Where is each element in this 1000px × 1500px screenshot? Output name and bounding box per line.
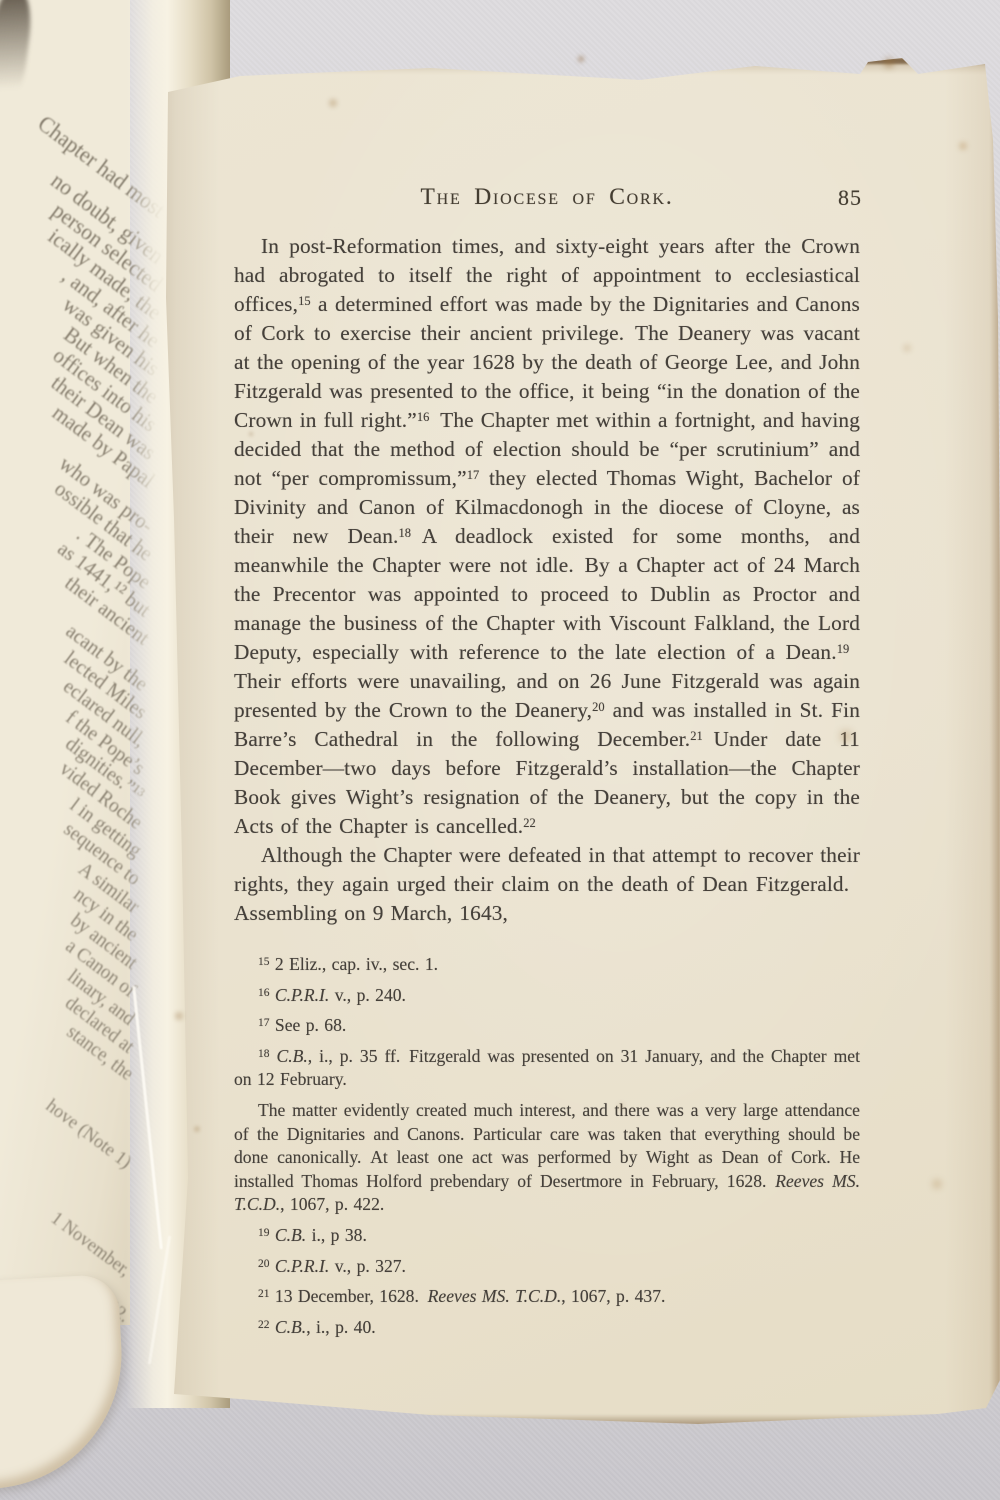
body-text: In post-Reformation times, and sixty-eig… xyxy=(234,232,860,928)
page-top-edge xyxy=(156,58,1000,74)
italic-citation: C.P.R.I. xyxy=(275,985,329,1005)
footnote: 18 C.B., i., p. 35 ff. Fitzgerald was pr… xyxy=(234,1045,860,1092)
paragraph: Although the Chapter were defeated in th… xyxy=(234,841,860,928)
footnote-reference: 20 xyxy=(592,700,605,714)
footnote-marker: 19 xyxy=(258,1227,270,1239)
footnote-marker: 18 xyxy=(258,1048,270,1060)
footnote-reference: 15 xyxy=(298,294,311,308)
page-content: The Diocese of Cork. 85 In post-Reformat… xyxy=(234,184,860,1339)
italic-citation: C.B. xyxy=(276,1046,307,1066)
footnote-reference: 22 xyxy=(523,816,536,830)
footnotes: 15 2 Eliz., cap. iv., sec. 1.16 C.P.R.I.… xyxy=(234,953,860,1339)
footnote-marker: 20 xyxy=(258,1258,270,1270)
footnote-reference: 18 xyxy=(398,526,411,540)
previous-page-corner xyxy=(0,1274,128,1491)
previous-page-text-fragment: 1 November, xyxy=(46,1208,134,1282)
footnote: 16 C.P.R.I. v., p. 240. xyxy=(234,984,860,1008)
italic-citation: C.B. xyxy=(275,1317,306,1337)
footnote-reference: 21 xyxy=(690,729,703,743)
photo-of-book-page: { "photo": { "surface_color": "#d8d6d9",… xyxy=(0,0,1000,1500)
footnote: 22 C.B., i., p. 40. xyxy=(234,1316,860,1340)
previous-page-text-fragment: hove (Note 1) xyxy=(42,1095,136,1173)
footnote-reference: 17 xyxy=(467,468,480,482)
paragraph: In post-Reformation times, and sixty-eig… xyxy=(234,232,860,841)
italic-citation: C.B. xyxy=(275,1225,306,1245)
footnote: The matter evidently created much intere… xyxy=(234,1099,860,1217)
page-title: The Diocese of Cork. xyxy=(420,184,673,210)
page-bottom-edge xyxy=(170,1414,994,1426)
footnote: 20 C.P.R.I. v., p. 327. xyxy=(234,1255,860,1279)
footnote: 19 C.B. i., p 38. xyxy=(234,1224,860,1248)
footnote-marker: 17 xyxy=(258,1017,270,1029)
footnote: 15 2 Eliz., cap. iv., sec. 1. xyxy=(234,953,860,977)
page-top-edge-stain xyxy=(160,58,996,64)
footnote-marker: 16 xyxy=(258,987,270,999)
italic-citation: Reeves MS. T.C.D. xyxy=(234,1171,860,1215)
page-right-edge xyxy=(990,58,1000,1426)
footnote: 17 See p. 68. xyxy=(234,1014,860,1038)
footnote-marker: 15 xyxy=(258,956,270,968)
italic-citation: Reeves MS. T.C.D. xyxy=(428,1286,562,1306)
footnote-reference: 19 xyxy=(837,642,850,656)
page-header: The Diocese of Cork. 85 xyxy=(234,184,860,211)
page-number: 85 xyxy=(838,185,862,211)
footnote-marker: 21 xyxy=(258,1288,270,1300)
italic-citation: C.P.R.I. xyxy=(275,1256,329,1276)
footnote-marker: 22 xyxy=(258,1319,270,1331)
footnote-reference: 16 xyxy=(417,410,430,424)
footnote: 21 13 December, 1628. Reeves MS. T.C.D.,… xyxy=(234,1285,860,1309)
book-page: The Diocese of Cork. 85 In post-Reformat… xyxy=(150,58,1000,1426)
